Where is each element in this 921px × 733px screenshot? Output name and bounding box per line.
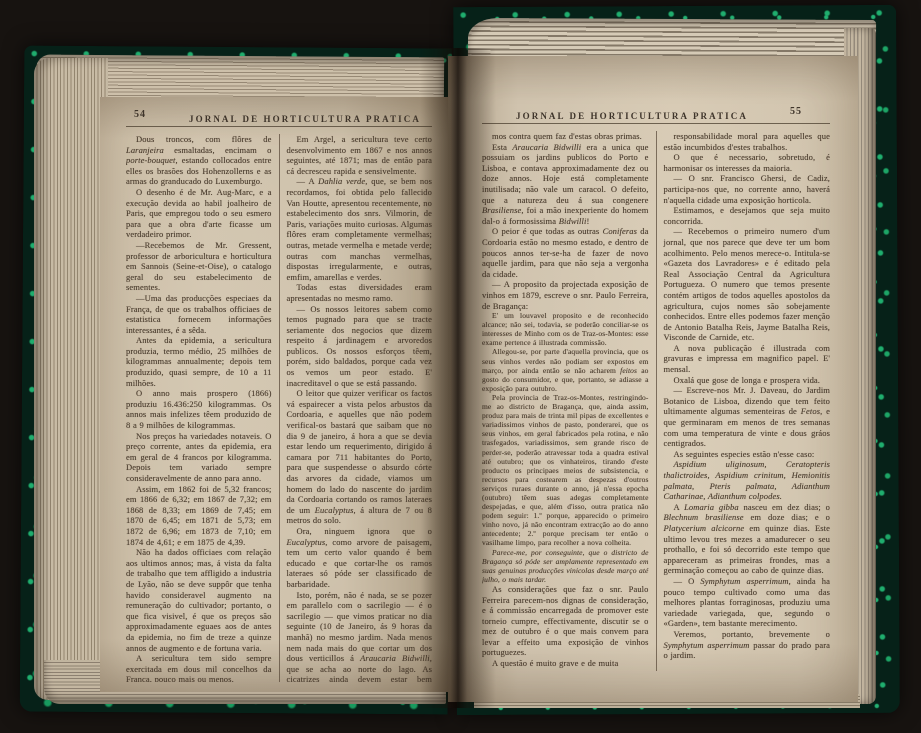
photo-background: 54 JORNAL DE HORTICULTURA PRATICA Dous t… [0, 0, 921, 733]
left-page-columns: Dous troncos, com flôres de Laranjeira e… [126, 134, 432, 682]
paragraph: responsabilidade moral para aquelles que… [664, 131, 831, 152]
paragraph: Veremos, portanto, brevemente o Symphytu… [664, 629, 831, 661]
header-rule [126, 126, 432, 127]
paragraph: O desenho é de Mr. Aug-Marc, e a execuçã… [126, 187, 272, 240]
paragraph: Dous troncos, com flôres de Laranjeira e… [126, 134, 272, 187]
page-edges-top-right [468, 18, 876, 60]
right-page: JORNAL DE HORTICULTURA PRATICA 55 mos co… [448, 56, 858, 702]
paragraph: A Lomaria gibba nasceu em dez dias; o Bl… [664, 502, 831, 576]
paragraph: Estimamos, e desejamos que seja muito co… [664, 205, 831, 226]
paragraph: E' um louvavel proposito e de reconhecid… [482, 311, 649, 347]
header-rule [482, 123, 830, 124]
paragraph: A questão é muito grave e de muita [482, 658, 649, 669]
right-page-number: 55 [790, 106, 802, 117]
paragraph: Ora, ninguem ignora que o Eucalyptus, co… [287, 526, 433, 590]
paragraph: — O Symphytum asperrimum, ainda ha pouco… [664, 576, 831, 629]
paragraph: As seguintes especies estão n'esse caso: [664, 449, 831, 460]
paragraph: — A Dahlia verde, que, se bem nos record… [287, 176, 433, 282]
paragraph: Oxalá que gose de longa e prospera vida. [664, 375, 831, 386]
right-page-column-1: mos contra quem faz d'estas obras primas… [482, 131, 656, 671]
page-edges-left [34, 58, 108, 700]
paragraph: Parece-me, por conseguinte, que o distri… [482, 548, 649, 584]
paragraph: — Os nossos leitores sabem como temos pu… [287, 304, 433, 389]
right-page-header: JORNAL DE HORTICULTURA PRATICA 55 [482, 106, 830, 120]
paragraph: O leitor que quizer verificar os factos … [287, 388, 433, 526]
right-page-columns: mos contra quem faz d'estas obras primas… [482, 131, 830, 671]
journal-title: JORNAL DE HORTICULTURA PRATICA [516, 111, 748, 121]
paragraph: Esta Araucaria Bidwilli era a unica que … [482, 142, 649, 227]
left-page-column-2: Em Argel, a sericultura teve certo desen… [280, 134, 433, 682]
right-page-column-2: responsabilidade moral para aquelles que… [657, 131, 831, 671]
paragraph: Pela provincia de Traz-os-Montes, restri… [482, 393, 649, 548]
left-page-number: 54 [134, 109, 146, 120]
paragraph: Allegou-se, por parte d'aquella provinci… [482, 347, 649, 392]
paragraph: Todas estas diversidades eram apresentad… [287, 282, 433, 303]
paragraph: A nova publicação é illustrada com gravu… [664, 343, 831, 375]
paragraph: O que é necessario, sobretudo, é harmoni… [664, 152, 831, 173]
paragraph: Assim, em 1862 foi de 5,32 francos; em 1… [126, 484, 272, 548]
paragraph: Em Argel, a sericultura teve certo desen… [287, 134, 433, 176]
paragraph: Antes da epidemia, a sericultura produzi… [126, 335, 272, 388]
left-page: 54 JORNAL DE HORTICULTURA PRATICA Dous t… [100, 97, 448, 692]
paragraph: —Recebemos de Mr. Gressent, professor de… [126, 240, 272, 293]
paragraph: A sericultura tem sido sempre exercitada… [126, 653, 272, 682]
journal-title: JORNAL DE HORTICULTURA PRATICA [189, 114, 421, 124]
paragraph: As considerações que faz o snr. Paulo Fe… [482, 584, 649, 658]
paragraph: — A proposito da projectada exposição de… [482, 279, 649, 311]
paragraph: O peior é que todas as outras Coniferas … [482, 226, 649, 279]
paragraph: Isto, porém, não é nada, se se pozer em … [287, 590, 433, 682]
paragraph: Não ha dados officiaes com relação aos u… [126, 547, 272, 653]
left-page-header: 54 JORNAL DE HORTICULTURA PRATICA [126, 109, 432, 123]
paragraph: — O snr. Francisco Ghersi, de Cadiz, par… [664, 173, 831, 205]
paragraph: mos contra quem faz d'estas obras primas… [482, 131, 649, 142]
paragraph: — Recebemos o primeiro numero d'um jorna… [664, 226, 831, 343]
paragraph: — Escreve-nos Mr. J. Daveau, do Jardim B… [664, 385, 831, 449]
paragraph: Aspidium uliginosum, Ceratopteris thalic… [664, 459, 831, 501]
left-page-column-1: Dous troncos, com flôres de Laranjeira e… [126, 134, 279, 682]
paragraph: Nos preços ha variedades notaveis. O pre… [126, 431, 272, 484]
paragraph: —Uma das producções especiaes da França,… [126, 293, 272, 335]
paragraph: O anno mais prospero (1866) produziu 16.… [126, 388, 272, 430]
